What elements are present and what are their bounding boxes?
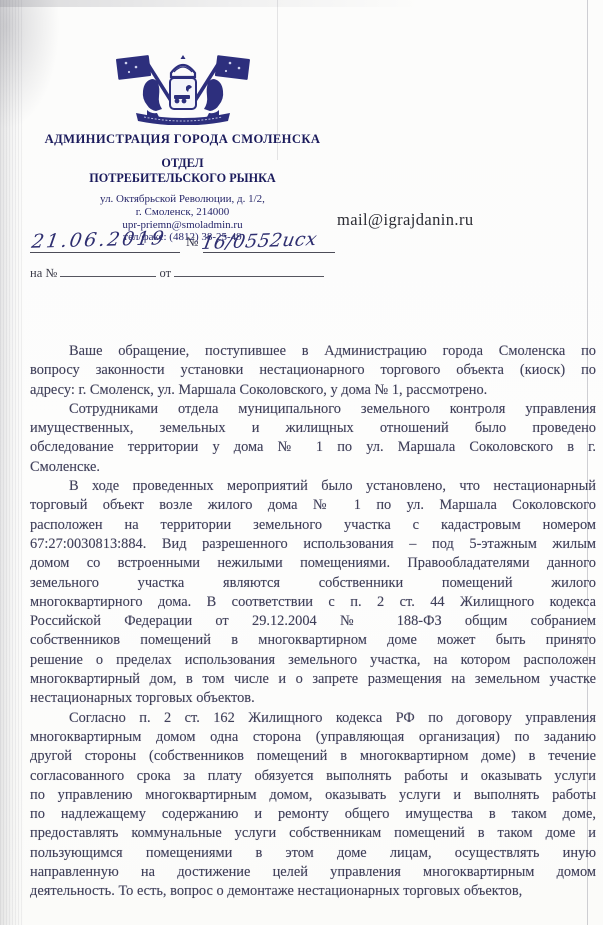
body-line: Ваше обращение, поступившее в Администра… [30,342,596,361]
handwritten-date: 21.06.2019 [30,227,168,252]
scan-edge-top [0,0,420,7]
department-line1: ОТДЕЛ [30,156,335,171]
letterhead: АДМИНИСТРАЦИЯ ГОРОДА СМОЛЕНСКА ОТДЕЛ ПОТ… [30,53,335,244]
body-line: торговый объект возле жилого дома № 1 по… [30,496,596,515]
reply-number-underline [60,264,156,277]
address-street: ул. Октябрьской Революции, д. 1/2, [30,193,335,206]
reply-to-label: на № [30,266,57,280]
reference-block: 21.06.2019 № 16/0552исх на № от [30,227,350,281]
handwritten-outgoing-number: 16/0552исх [200,229,319,254]
body-line: согласованного срока за плату обязуется … [30,767,596,786]
body-line: другой стороны (собственников помещений … [30,747,596,766]
department-line2: ПОТРЕБИТЕЛЬСКОГО РЫНКА [30,171,335,186]
letter-body: Ваше обращение, поступившее в Администра… [30,342,596,902]
body-line: домом со встроенными нежилыми помещениям… [30,554,596,573]
body-line: расположен на территории земельного учас… [30,516,596,535]
body-line: по надлежащему содержанию и ремонту обще… [30,805,596,824]
address-city: г. Смоленск, 214000 [30,206,335,219]
reply-from-label: от [160,266,172,280]
body-line: Российской Федерации от 29.12.2004 № 188… [30,612,596,631]
body-line: направленную на достижение целей управле… [30,863,596,882]
body-line: предоставлять коммунальные услуги собств… [30,824,596,843]
body-line: 67:27:0030813:884. Вид разрешенного испо… [30,535,596,554]
number-sign-label: № [186,234,198,250]
reply-date-underline [174,264,324,277]
smolensk-coat-of-arms-icon [114,53,252,125]
scan-edge-left [0,0,24,925]
body-line: многоквартирным домом одна сторона (упра… [30,728,596,747]
body-line: собственников помещений в многоквартирно… [30,631,596,650]
organization-name: АДМИНИСТРАЦИЯ ГОРОДА СМОЛЕНСКА [30,132,335,147]
body-line: многоквартирного дома. В соответствии с … [30,593,596,612]
body-line: Согласно п. 2 ст. 162 Жилищного кодекса … [30,709,596,728]
body-line: имущественных, земельных и жилищных отно… [30,419,596,438]
body-line: В ходе проведенных мероприятий было уста… [30,477,596,496]
body-line: Сотрудниками отдела муниципального земел… [30,400,596,419]
body-line: земельного участка являются собственники… [30,574,596,593]
body-line: многоквартирный дом, в том числе и о зап… [30,670,596,689]
body-line: решение о пределах использования земельн… [30,651,596,670]
body-line: по управлению многоквартирным домом, ока… [30,786,596,805]
body-line: обследование территории у дома № 1 по ул… [30,438,596,457]
body-line: Смоленске. [30,458,596,477]
recipient-email: mail@igrajdanin.ru [337,210,474,230]
scanned-letter-page: АДМИНИСТРАЦИЯ ГОРОДА СМОЛЕНСКА ОТДЕЛ ПОТ… [0,0,603,925]
body-line: вопросу законности установки нестационар… [30,361,596,380]
body-line: адресу: г. Смоленск, ул. Маршала Соколов… [30,381,596,400]
body-line: нестационарных торговых объектов. [30,689,596,708]
body-line: деятельность. То есть, вопрос о демонтаж… [30,882,596,901]
body-line: пользующимся помещениями в этом доме лиц… [30,844,596,863]
